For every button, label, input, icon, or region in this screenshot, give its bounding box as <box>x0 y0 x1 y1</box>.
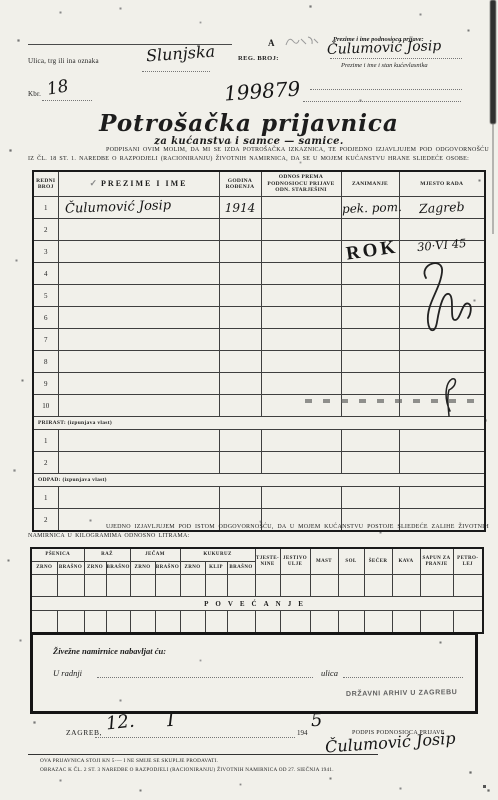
cell <box>261 285 341 307</box>
scanned-form-page: Ulica, trg ili ina oznaka Slunjska Kbr. … <box>0 0 498 800</box>
cell <box>261 351 341 373</box>
member-workplace-cell: Zagreb <box>399 197 485 219</box>
col-header-prezime-ime: ✓ PREZIME I IME <box>58 171 219 197</box>
footer-note-1: OVA PRIJAVNICA STOJI KN 5·— I NE SMIJE S… <box>40 758 370 764</box>
cell <box>155 611 180 634</box>
cell <box>219 373 261 395</box>
cell <box>106 611 130 634</box>
cell <box>84 611 106 634</box>
cell <box>255 575 280 597</box>
row-number: 4 <box>33 263 58 285</box>
sub-zrno: ZRNO <box>31 562 57 575</box>
cell <box>399 487 485 509</box>
reg-number-label: REG. BROJ: <box>238 55 279 62</box>
applicant-signature-top: Čulumović Josip <box>327 38 442 58</box>
cell <box>341 263 399 285</box>
prirast-row-2: 2 <box>33 452 485 474</box>
row-number: 1 <box>33 430 58 452</box>
cell <box>341 373 399 395</box>
cell <box>58 351 219 373</box>
cell <box>392 611 420 634</box>
col-header-godina: GODINA ROĐENJA <box>219 171 261 197</box>
archive-stamp: DRŽAVNI ARHIV U ZAGREBU <box>346 689 458 698</box>
col-header-mjesto-rada: MJESTO RADA <box>399 171 485 197</box>
cell <box>280 575 310 597</box>
col-jestivo-ulje: JESTIVO ULJE <box>280 548 310 575</box>
cell <box>261 487 341 509</box>
street-fill-line <box>142 71 210 72</box>
street-value-handwritten: Slunjska <box>145 42 215 66</box>
cell <box>227 611 255 634</box>
cell <box>219 285 261 307</box>
sub-brasno: BRAŠNO <box>57 562 84 575</box>
cell <box>155 575 180 597</box>
col-group-raz: RAŽ <box>84 548 130 562</box>
prirast-label: PRIRAST: (izpunjava vlast) <box>33 417 485 430</box>
house-number-handwritten: 18 <box>45 76 70 99</box>
col-petrolej: PETRO-LEJ <box>453 548 483 575</box>
form-intro-paragraph: PODPISANI OVIM MOLIM, DA MI SE IZDA POTR… <box>28 146 489 163</box>
scan-edge-artifact <box>490 0 496 124</box>
cell <box>219 351 261 373</box>
house-number-label: Kbr. <box>28 90 41 98</box>
cell <box>58 307 219 329</box>
row-number: 1 <box>33 197 58 219</box>
member-year-handwritten: 1914 <box>225 201 256 215</box>
cell <box>57 611 84 634</box>
sub-brasno: BRAŠNO <box>227 562 255 575</box>
cell <box>364 611 392 634</box>
cell <box>399 452 485 474</box>
cell <box>219 263 261 285</box>
form-title: Potrošačka prijavnica <box>0 110 498 137</box>
cell <box>205 575 227 597</box>
col-header-odnos: ODNOS PREMA PODNOSIOCU PRIJAVE ODN. STAR… <box>261 171 341 197</box>
pencil-scribble-icon <box>284 33 320 49</box>
cell <box>310 611 338 634</box>
cell <box>338 611 364 634</box>
household-members-table: REDNI BROJ ✓ PREZIME I IME GODINA ROĐENJ… <box>32 170 486 532</box>
col-group-psenica: PŠENICA <box>31 548 84 562</box>
col-mast: MAST <box>310 548 338 575</box>
cell <box>399 430 485 452</box>
row-number: 6 <box>33 307 58 329</box>
pencil-checkmark: ✓ <box>90 178 98 188</box>
shop-label: U radnji <box>53 668 82 678</box>
member-row-2: 2 <box>33 219 485 241</box>
row-number: 9 <box>33 373 58 395</box>
purchase-line1: Živežne namirnice nabavljat ću: <box>53 646 166 656</box>
member-name-cell: Čulumović Josip <box>58 197 219 219</box>
prirast-row-1: 1 <box>33 430 485 452</box>
member-year-cell: 1914 <box>219 197 261 219</box>
cell <box>219 307 261 329</box>
cell <box>261 307 341 329</box>
cell <box>255 611 280 634</box>
small-hook-scribble-icon <box>436 375 462 417</box>
cell <box>219 452 261 474</box>
cell <box>58 373 219 395</box>
row-number: 10 <box>33 395 58 417</box>
reg-fill-line <box>303 101 461 102</box>
cell <box>130 611 155 634</box>
applicant-signature-bottom: Čulumović Josip <box>324 728 456 756</box>
member-workplace-handwritten: Zagreb <box>419 199 465 216</box>
member-occupation-handwritten: pek. pom. <box>341 199 401 215</box>
row-number: 5 <box>33 285 58 307</box>
street2-fill-line <box>343 677 463 678</box>
col-group-jecam: JEČAM <box>130 548 180 562</box>
kbr-fill-line <box>42 100 92 101</box>
cell <box>180 611 205 634</box>
member-row-10: 10 <box>33 395 485 417</box>
cell <box>58 285 219 307</box>
member-row-8: 8 <box>33 351 485 373</box>
col-secer: ŠEĆER <box>364 548 392 575</box>
cell <box>261 373 341 395</box>
cell <box>106 575 130 597</box>
col-sol: SOL <box>338 548 364 575</box>
reg-number-handwritten: 199879 <box>223 76 301 105</box>
row-number: 2 <box>33 452 58 474</box>
col-header-zanimanje: ZANIMANJE <box>341 171 399 197</box>
paraph-scribble-icon <box>416 258 478 340</box>
cell <box>261 329 341 351</box>
cell <box>58 329 219 351</box>
cell <box>392 575 420 597</box>
sub-zrno: ZRNO <box>130 562 155 575</box>
cell <box>341 395 399 417</box>
cell <box>453 611 483 634</box>
cell <box>364 575 392 597</box>
row-number: 1 <box>33 487 58 509</box>
cell <box>453 575 483 597</box>
cell <box>130 575 155 597</box>
member-relation-cell <box>261 197 341 219</box>
year-handwritten: 5 <box>310 710 323 732</box>
col-sapun: SAPUN ZA PRANJE <box>420 548 453 575</box>
cell <box>338 575 364 597</box>
cell <box>31 575 57 597</box>
col-kava: KAVA <box>392 548 420 575</box>
odpad-label: ODPAD: (izpunjava vlast) <box>33 474 485 487</box>
cell <box>341 285 399 307</box>
povecanje-band: POVEĆANJE <box>31 597 483 611</box>
cell <box>58 241 219 263</box>
supplies-row-2 <box>31 611 483 634</box>
sub-brasno: BRAŠNO <box>106 562 130 575</box>
cell <box>341 329 399 351</box>
date-day-handwritten: 12. <box>105 711 136 735</box>
member-row-9: 9 <box>33 373 485 395</box>
supplies-row-1 <box>31 575 483 597</box>
section-letter: A <box>268 38 275 48</box>
cell <box>261 430 341 452</box>
cell <box>58 263 219 285</box>
cell <box>261 263 341 285</box>
cell <box>31 611 57 634</box>
shop-fill-line <box>97 677 313 678</box>
cell <box>58 430 219 452</box>
cell <box>58 487 219 509</box>
prirast-band: PRIRAST: (izpunjava vlast) <box>33 417 485 430</box>
col-tjestenine: TJESTE-NINE <box>255 548 280 575</box>
supplies-intro-paragraph: UJEDNO IZJAVLJUJEM POD ISTOM ODGOVORNOŠĆ… <box>28 523 489 540</box>
cell <box>399 351 485 373</box>
sub-zrno: ZRNO <box>180 562 205 575</box>
landlord-label: Prezime i ime i stan kućevlasnika <box>341 62 428 69</box>
cell <box>261 452 341 474</box>
city-label: ZAGREB, <box>66 728 102 737</box>
cell <box>341 430 399 452</box>
cell <box>219 487 261 509</box>
odpad-band: ODPAD: (izpunjava vlast) <box>33 474 485 487</box>
date-fill-line <box>95 737 295 738</box>
cell <box>341 487 399 509</box>
row-number: 2 <box>33 219 58 241</box>
landlord-fill-line <box>310 89 462 90</box>
col-header-prezime-ime-label: PREZIME I IME <box>101 179 187 188</box>
sub-klip: KLIP <box>205 562 227 575</box>
odpad-row-1: 1 <box>33 487 485 509</box>
cell <box>219 395 261 417</box>
footer-separator-line <box>28 754 378 755</box>
applicant-fill-line <box>330 58 462 59</box>
povecanje-label: POVEĆANJE <box>31 597 483 611</box>
sub-zrno: ZRNO <box>84 562 106 575</box>
member-row-1: 1 Čulumović Josip 1914 pek. pom. Zagreb <box>33 197 485 219</box>
cell <box>261 241 341 263</box>
cell <box>341 351 399 373</box>
cell <box>58 452 219 474</box>
supplies-table: PŠENICA RAŽ JEČAM KUKURUZ TJESTE-NINE JE… <box>30 547 484 634</box>
row-number: 3 <box>33 241 58 263</box>
cell <box>219 430 261 452</box>
col-header-redni-broj: REDNI BROJ <box>33 171 58 197</box>
date-month-handwritten: I <box>166 709 175 731</box>
street2-label: ulica <box>321 668 338 678</box>
cell <box>261 219 341 241</box>
cell <box>219 329 261 351</box>
cell <box>280 611 310 634</box>
purchase-declaration-box: Živežne namirnice nabavljat ću: U radnji… <box>30 632 478 714</box>
col-group-kukuruz: KUKURUZ <box>180 548 255 562</box>
cell <box>341 307 399 329</box>
cell <box>205 611 227 634</box>
cell <box>310 575 338 597</box>
street-label: Ulica, trg ili ina oznaka <box>28 57 99 65</box>
scan-noise <box>0 0 1 1</box>
footer-note-2: OBRAZAC K ČL. 2 ST. 3 NAREDBE O RAZPODJE… <box>40 767 400 773</box>
member-occupation-cell: pek. pom. <box>341 197 399 219</box>
cell <box>84 575 106 597</box>
year-printed: 194 <box>297 729 308 737</box>
cell <box>341 452 399 474</box>
cell <box>58 219 219 241</box>
cell <box>219 219 261 241</box>
member-name-handwritten: Čulumović Josip <box>58 198 171 217</box>
cell <box>420 611 453 634</box>
cell <box>180 575 205 597</box>
row-number: 8 <box>33 351 58 373</box>
cell <box>219 241 261 263</box>
row-number: 7 <box>33 329 58 351</box>
cell <box>58 395 219 417</box>
cell <box>261 395 341 417</box>
cell <box>420 575 453 597</box>
sub-brasno: BRAŠNO <box>155 562 180 575</box>
cell <box>57 575 84 597</box>
cell <box>227 575 255 597</box>
